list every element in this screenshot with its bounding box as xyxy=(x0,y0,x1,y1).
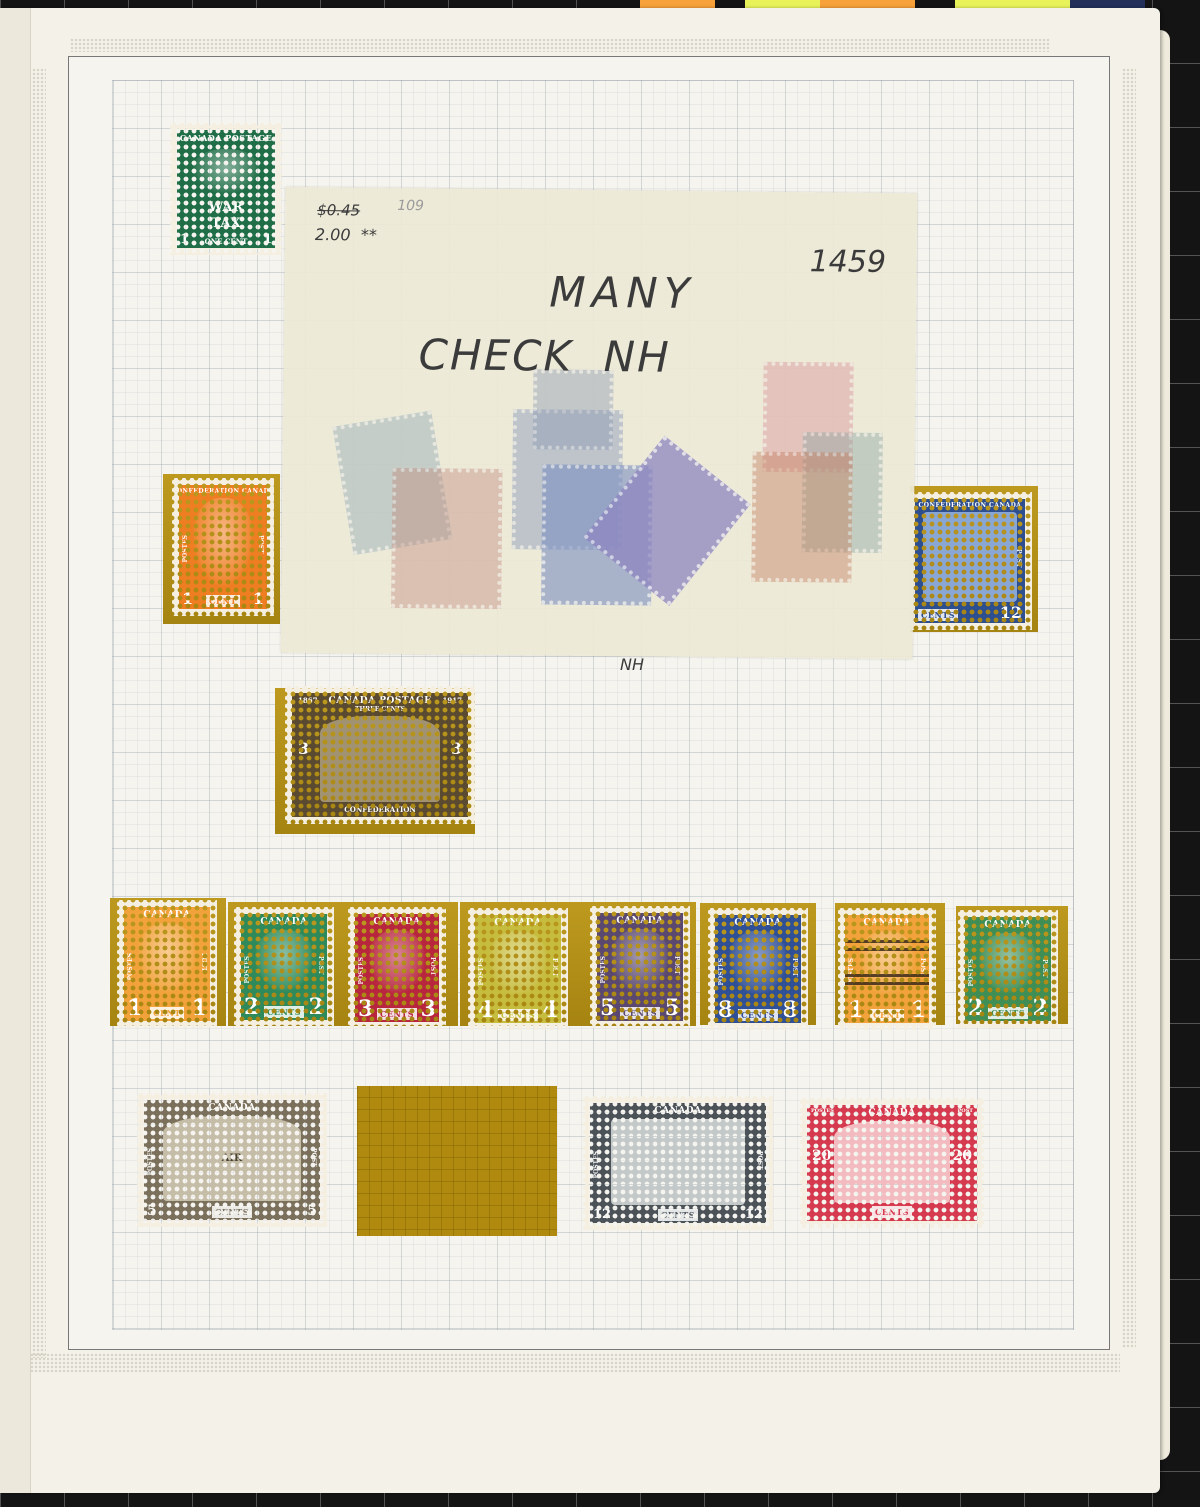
stamp-top-text: CANADA xyxy=(260,917,307,927)
ghost-stamp xyxy=(391,468,502,609)
stamp-tax-text: TAX xyxy=(211,217,240,230)
quebec-bridge-scene xyxy=(611,1119,745,1205)
stamp-side-right: POST xyxy=(1015,549,1022,568)
king-george-portrait xyxy=(368,930,427,995)
stamp-cents: CENTS xyxy=(620,1007,660,1019)
stamp-cents: CENTS xyxy=(658,1209,698,1221)
stamp-value-right: 5 xyxy=(665,997,680,1019)
stamp-value-left: 3 xyxy=(358,998,373,1020)
stamp-air-text: AIR xyxy=(222,1153,243,1164)
king-george-portrait xyxy=(254,930,314,993)
stamp-side-right: POST xyxy=(1041,959,1048,978)
airplane-globe-scene: AIR xyxy=(163,1116,300,1201)
stamp-value-right: 8 xyxy=(783,999,798,1021)
stamp-value-right: 2 xyxy=(1033,997,1048,1019)
stamp-top-text: CONFEDERATION CANADA xyxy=(179,488,267,495)
stamp-top-text: CANADA xyxy=(734,918,781,928)
stamp-cents: CENTS xyxy=(988,1007,1028,1019)
stamp-top-text: CANADA xyxy=(143,910,190,920)
stamp-quebec-bridge-12c[interactable]: CANADA POSTES POST 12 CENTS 12 xyxy=(583,1096,773,1230)
stamp-value-left: 3 xyxy=(298,741,309,757)
note-old-price: $0.45 xyxy=(317,201,360,219)
stamp-top-text: CANADA POSTAGE xyxy=(328,696,431,706)
stamp-confederation-3c-1917[interactable]: CANADA POSTAGE THREE CENTS 1867 1917 3 3… xyxy=(285,686,475,824)
stamp-value-left: 8 xyxy=(718,999,733,1021)
stamp-top-text: CANADA xyxy=(616,916,663,926)
king-george-portrait xyxy=(978,933,1038,994)
stamp-scroll-issue-5c[interactable]: CANADA POSTES POST 5 CENTS 5 xyxy=(590,906,690,1028)
stamp-airmail-5c[interactable]: CANADA POSTES POST AIR 5 CENTS 5 xyxy=(137,1093,327,1227)
page-hinge-strip xyxy=(0,8,31,1493)
stamp-top-text: CANADA POSTAGE xyxy=(180,133,272,143)
king-george-portrait xyxy=(488,931,548,996)
note-marks: ** xyxy=(361,225,377,244)
stamp-scroll-issue-2c[interactable]: CANADA POSTES POST 2 CENTS 2 xyxy=(234,907,334,1027)
map-of-canada xyxy=(923,512,1018,602)
ghost-stamp xyxy=(751,452,852,583)
stamp-side-right: POST xyxy=(257,535,264,554)
stamp-value-left: 2 xyxy=(968,997,983,1019)
empty-mount xyxy=(357,1086,557,1236)
stamp-cents: CENTS xyxy=(264,1006,304,1018)
stamp-value-right: 5 xyxy=(307,1204,317,1218)
stamp-value-right: 1 xyxy=(192,997,207,1019)
stamp-value-right: 12 xyxy=(745,1208,763,1221)
king-george-portrait xyxy=(728,931,788,996)
stamp-scroll-issue-1c[interactable]: CANADA POSTES POST 1 CENT 1 xyxy=(117,900,217,1028)
stamp-side-right: POST xyxy=(551,958,558,977)
stamp-value-left: 4 xyxy=(478,999,493,1021)
stamp-scroll-issue-2c[interactable]: CANADA POSTES POST 2 CENTS 2 xyxy=(958,910,1058,1028)
stamp-sub-text: THREE CENTS xyxy=(355,706,405,713)
stamp-side-right: POST xyxy=(791,958,798,977)
stamp-value-right: 4 xyxy=(543,999,558,1021)
stamp-top-text: CANADA xyxy=(654,1106,701,1116)
stamp-side-right: POST xyxy=(310,1148,317,1167)
stamp-value-left: 1 xyxy=(182,591,193,607)
stamp-top-text: CANADA xyxy=(863,918,910,928)
king-portrait xyxy=(192,149,261,195)
stamp-bottom-text: CONFEDERATION xyxy=(344,805,416,814)
stamp-value-right: 20 xyxy=(953,1149,972,1163)
stamp-value-left: 1 xyxy=(127,997,142,1019)
stamp-corner-right: POST xyxy=(958,1108,973,1114)
stamp-cents: CENTS xyxy=(872,1206,912,1218)
stamp-year-left: 1867 xyxy=(298,696,317,705)
stamp-war-tax-1c[interactable]: CANADA POSTAGE WAR TAX 1 ONE CENT 1 xyxy=(170,123,282,255)
note-many: MANY xyxy=(549,267,696,318)
stamp-side-left: POSTES xyxy=(358,957,365,984)
stamp-value-right: 1 xyxy=(263,233,272,246)
stamp-cents: CENT xyxy=(206,595,240,607)
stamp-value-left: 5 xyxy=(147,1204,157,1218)
label-nh: NH xyxy=(620,655,644,674)
fathers-of-confederation-scene xyxy=(320,716,440,802)
macdonald-portrait xyxy=(192,498,254,588)
stamp-value-right: 3 xyxy=(451,741,462,757)
stamp-cents: CENTS xyxy=(918,609,958,621)
note-price: 2.00 xyxy=(315,225,351,244)
page-border-pattern-bottom xyxy=(30,1353,1120,1373)
stamp-side-right: POST xyxy=(756,1151,763,1170)
stamp-top-text: CANADA xyxy=(494,918,541,928)
glassine-envelope[interactable]: $0.45 109 2.00 ** 1459 MANY CHECK NH xyxy=(281,187,918,660)
stamp-value-left: 1 xyxy=(180,233,189,246)
stamp-scroll-issue-1c[interactable]: CANADA POSTES POST 1 CENT 1 xyxy=(838,908,936,1030)
page-border-pattern-top xyxy=(70,38,1050,52)
king-george-portrait xyxy=(610,929,670,994)
stamp-value-right: 1 xyxy=(253,591,264,607)
stamp-side-left: POSTES xyxy=(244,956,251,983)
stamp-cents: CENTS xyxy=(377,1008,417,1020)
stamp-value-right: 2 xyxy=(309,996,324,1018)
stamp-side-left: POSTES xyxy=(593,1151,600,1178)
stamp-harvesting-20c[interactable]: CANADA POSTES POST 20 20 CENTS xyxy=(800,1098,984,1228)
harvesting-scene xyxy=(834,1121,950,1203)
stamp-confederation-12c-map[interactable]: CONFEDERATION CANADA POST CENTS 12 xyxy=(908,492,1032,630)
stamp-war-text: WAR xyxy=(209,201,244,214)
stamp-top-text: CONFEDERATION CANADA xyxy=(919,502,1022,509)
stamp-value-right: 12 xyxy=(1000,605,1022,621)
stamp-top-text: CANADA xyxy=(373,917,420,927)
stamp-side-left: POSTES xyxy=(718,958,725,985)
stamp-scroll-issue-3c[interactable]: CANADA POSTES POST 3 CENTS 3 xyxy=(348,907,446,1029)
stamp-value-right: 3 xyxy=(421,998,436,1020)
stamp-cents: CENT xyxy=(870,1009,904,1021)
king-george-portrait xyxy=(137,923,197,994)
stamp-cents: CENTS xyxy=(738,1009,778,1021)
stamp-cents: CENT xyxy=(150,1007,184,1019)
note-ref-number: 109 xyxy=(397,198,424,214)
stamp-cents: CENTS xyxy=(212,1206,252,1218)
stamp-confederation-1c[interactable]: CONFEDERATION CANADA POSTES POST 1 CENT … xyxy=(172,478,274,616)
note-lot-number: 1459 xyxy=(810,244,887,280)
stamp-corner-left: POSTES xyxy=(811,1108,834,1114)
stamp-side-left: POSTES xyxy=(478,958,485,985)
page-border-pattern-right xyxy=(1122,68,1136,1348)
stamp-scroll-issue-8c[interactable]: CANADA POSTES POST 8 CENTS 8 xyxy=(708,908,808,1030)
stamp-cents: CENTS xyxy=(498,1009,538,1021)
stamp-value-left: 12 xyxy=(593,1208,611,1221)
stamp-side-left: POSTES xyxy=(968,959,975,986)
stamp-value-left: 2 xyxy=(244,996,259,1018)
stamp-value-left: 20 xyxy=(812,1149,831,1163)
precancel-bars xyxy=(845,934,929,1003)
stamp-value-left: 5 xyxy=(600,997,615,1019)
stamp-side-left: POSTES xyxy=(600,956,607,983)
stamp-top-text: CANADA xyxy=(208,1103,255,1113)
page-border-pattern-left xyxy=(32,68,46,1358)
stamp-scroll-issue-4c[interactable]: CANADA POSTES POST 4 CENTS 4 xyxy=(468,908,568,1030)
stamp-side-left: POSTES xyxy=(147,1148,154,1175)
stamp-side-right: POST xyxy=(317,956,324,975)
stamp-side-left: POSTES xyxy=(127,953,134,980)
stamp-side-right: POST xyxy=(429,957,436,976)
note-check-nh: CHECK NH xyxy=(418,330,671,382)
stamp-year-right: 1917 xyxy=(443,696,462,705)
stamp-side-right: POST xyxy=(200,953,207,972)
stamp-one-cent: ONE CENT xyxy=(205,237,248,246)
stamp-top-text: CANADA xyxy=(868,1108,915,1118)
stamp-side-left: POSTES xyxy=(182,535,189,562)
stamp-top-text: CANADA xyxy=(984,920,1031,930)
stamp-side-right: POST xyxy=(673,956,680,975)
ghost-stamp xyxy=(533,369,614,450)
